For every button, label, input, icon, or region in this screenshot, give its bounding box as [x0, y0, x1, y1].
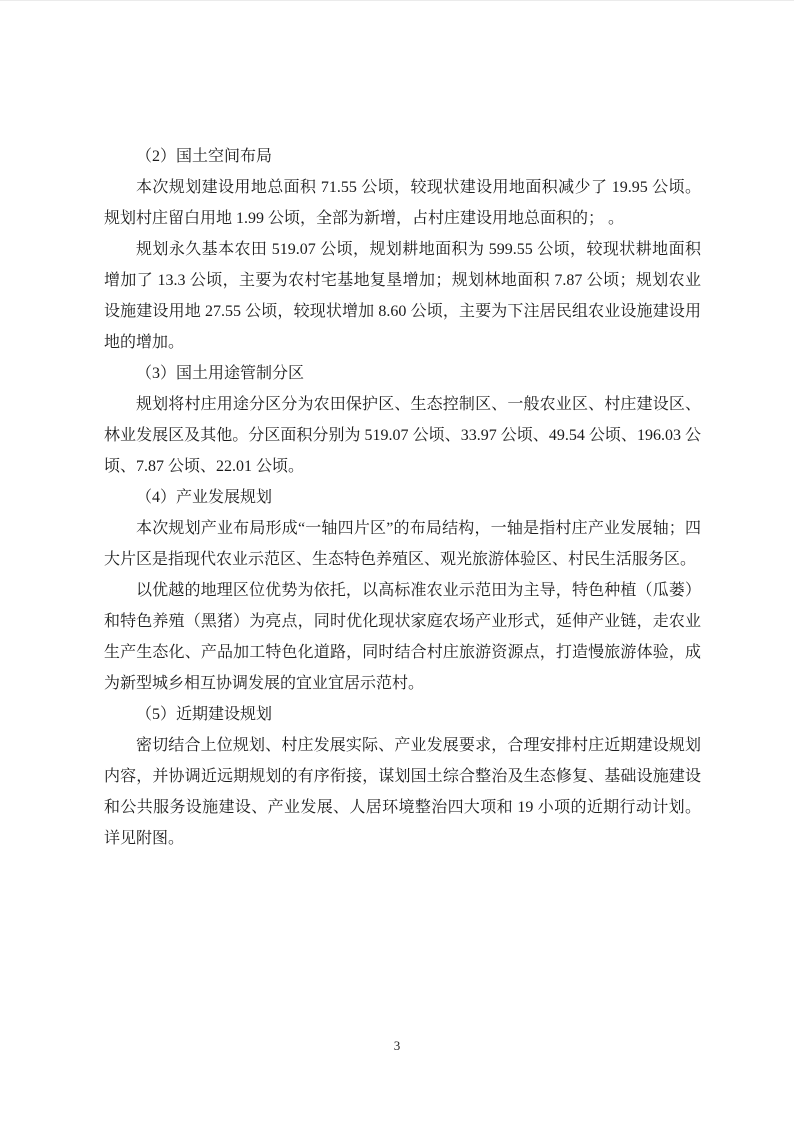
paragraph: 本次规划产业布局形成“一轴四片区”的布局结构，一轴是指村庄产业发展轴；四大片区是…	[104, 513, 701, 575]
page-top-edge	[0, 0, 794, 1]
document-page: （2）国土空间布局 本次规划建设用地总面积 71.55 公顷，较现状建设用地面积…	[0, 0, 794, 1122]
paragraph: 规划将村庄用途分区分为农田保护区、生态控制区、一般农业区、村庄建设区、林业发展区…	[104, 389, 701, 482]
document-body: （2）国土空间布局 本次规划建设用地总面积 71.55 公顷，较现状建设用地面积…	[104, 141, 701, 854]
paragraph: 本次规划建设用地总面积 71.55 公顷，较现状建设用地面积减少了 19.95 …	[104, 172, 701, 234]
page-number: 3	[394, 1038, 401, 1053]
page-footer: 3	[0, 1036, 794, 1056]
paragraph: 规划永久基本农田 519.07 公顷，规划耕地面积为 599.55 公顷，较现状…	[104, 234, 701, 358]
paragraph: 以优越的地理区位优势为依托，以高标准农业示范田为主导，特色种植（瓜蒌）和特色养殖…	[104, 575, 701, 699]
paragraph: 密切结合上位规划、村庄发展实际、产业发展要求，合理安排村庄近期建设规划内容，并协…	[104, 730, 701, 854]
section-heading-2: （2）国土空间布局	[104, 141, 701, 172]
section-heading-3: （3）国土用途管制分区	[104, 358, 701, 389]
section-heading-5: （5）近期建设规划	[104, 699, 701, 730]
section-heading-4: （4）产业发展规划	[104, 482, 701, 513]
